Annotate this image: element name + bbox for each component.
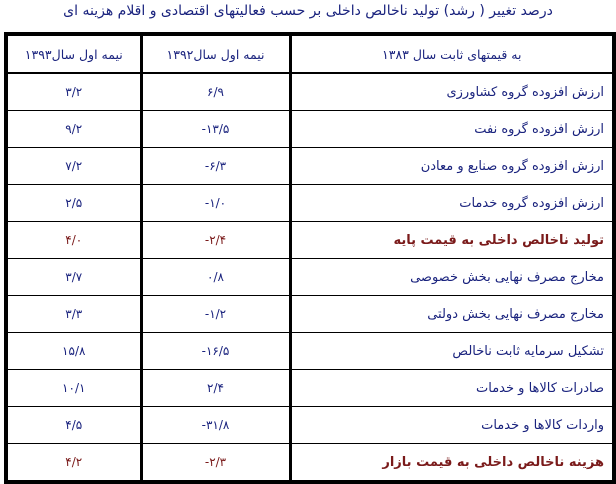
value-1392: -۳۱/۸ [141,407,290,444]
row-label: واردات کالاها و خدمات [290,407,614,444]
value-1392: -۶/۳ [141,148,290,185]
row-label: مخارج مصرف نهایی بخش دولتی [290,296,614,333]
value-1392: ۶/۹ [141,73,290,111]
value-1393: ۳/۷ [6,259,141,296]
value-1393: ۴/۰ [6,222,141,259]
value-1393: ۹/۲ [6,111,141,148]
header-label: به قیمتهای ثابت سال ۱۳۸۳ [290,34,614,73]
table-row: ۳/۲۶/۹ارزش افزوده گروه کشاورزی [6,73,614,111]
value-1392: -۲/۴ [141,222,290,259]
value-1393: ۱۵/۸ [6,333,141,370]
table-row: ۹/۲-۱۳/۵ارزش افزوده گروه نفت [6,111,614,148]
row-label: تشکیل سرمایه ثابت ناخالص [290,333,614,370]
table-row: ۲/۵-۱/۰ارزش افزوده گروه خدمات [6,185,614,222]
table-row: ۱۵/۸-۱۶/۵تشکیل سرمایه ثابت ناخالص [6,333,614,370]
header-1393: نیمه اول سال۱۳۹۳ [6,34,141,73]
row-label: هزینه ناخالص داخلی به قیمت بازار [290,444,614,483]
row-label: ارزش افزوده گروه نفت [290,111,614,148]
value-1392: -۱۳/۵ [141,111,290,148]
header-1392: نیمه اول سال۱۳۹۲ [141,34,290,73]
value-1393: ۴/۵ [6,407,141,444]
value-1393: ۳/۲ [6,73,141,111]
table-row: ۴/۰-۲/۴تولید ناخالص داخلی به قیمت پایه [6,222,614,259]
row-label: تولید ناخالص داخلی به قیمت پایه [290,222,614,259]
table-row: ۴/۵-۳۱/۸واردات کالاها و خدمات [6,407,614,444]
table-row: ۳/۷۰/۸مخارج مصرف نهایی بخش خصوصی [6,259,614,296]
row-label: ارزش افزوده گروه صنایع و معادن [290,148,614,185]
value-1392: ۰/۸ [141,259,290,296]
table-title: درصد تغییر ( رشد) تولید ناخالص داخلی بر … [0,3,616,19]
value-1393: ۷/۲ [6,148,141,185]
value-1393: ۳/۳ [6,296,141,333]
row-label: صادرات کالاها و خدمات [290,370,614,407]
table-row: ۳/۳-۱/۲مخارج مصرف نهایی بخش دولتی [6,296,614,333]
value-1392: ۲/۴ [141,370,290,407]
table-row: ۷/۲-۶/۳ارزش افزوده گروه صنایع و معادن [6,148,614,185]
table-row: ۴/۲-۲/۳هزینه ناخالص داخلی به قیمت بازار [6,444,614,483]
gdp-growth-table: نیمه اول سال۱۳۹۳ نیمه اول سال۱۳۹۲ به قیم… [4,32,616,484]
value-1393: ۲/۵ [6,185,141,222]
value-1392: -۱۶/۵ [141,333,290,370]
value-1392: -۲/۳ [141,444,290,483]
header-row: نیمه اول سال۱۳۹۳ نیمه اول سال۱۳۹۲ به قیم… [6,34,614,73]
row-label: ارزش افزوده گروه خدمات [290,185,614,222]
table-body: ۳/۲۶/۹ارزش افزوده گروه کشاورزی۹/۲-۱۳/۵ار… [6,73,614,482]
value-1393: ۴/۲ [6,444,141,483]
table-row: ۱۰/۱۲/۴صادرات کالاها و خدمات [6,370,614,407]
value-1392: -۱/۲ [141,296,290,333]
value-1392: -۱/۰ [141,185,290,222]
value-1393: ۱۰/۱ [6,370,141,407]
row-label: ارزش افزوده گروه کشاورزی [290,73,614,111]
row-label: مخارج مصرف نهایی بخش خصوصی [290,259,614,296]
